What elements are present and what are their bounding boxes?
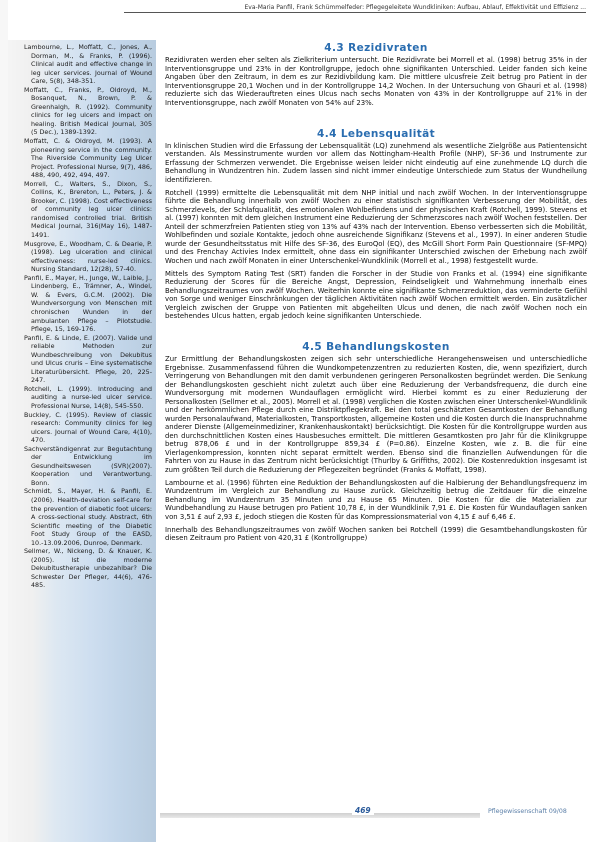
running-header: Eva-Maria Panfil, Frank Schümmelfeder: P… [124,4,586,13]
reference-item: Schmidt, S., Mayer, H. & Panfil, E. (200… [24,488,152,548]
journal-issue: Pflegewissenschaft 09/08 [488,808,567,815]
section-rezidivraten: 4.3 Rezidivraten Rezidivraten werden ehe… [165,42,587,107]
section-behandlungskosten: 4.5 Behandlungskosten Zur Ermittlung der… [165,341,587,543]
page-number: 469 [352,806,374,815]
paragraph: Zur Ermittlung der Behandlungskosten zei… [165,355,587,474]
reference-item: Moffatt, C., Franks, P., Oldroyd, M., Bo… [24,87,152,138]
reference-item: Panfil, E., Mayer, H., Junge, W., Laible… [24,275,152,335]
references-list: Lambourne, L., Moffatt, C., Jones, A., D… [24,44,152,591]
reference-item: Sachverständigenrat zur Begutachtung der… [24,446,152,489]
section-heading: 4.4 Lebensqualität [165,128,587,140]
page-margin [0,0,8,842]
paragraph: Rezidivraten werden eher selten als Ziel… [165,56,587,107]
main-text-column: 4.3 Rezidivraten Rezidivraten werden ehe… [165,42,587,547]
reference-item: Sellmer, W., Nickeng, D. & Knauer, K. (2… [24,548,152,591]
reference-item: Panfil, E. & Linde, E. (2007). Valide un… [24,335,152,386]
section-heading: 4.3 Rezidivraten [165,42,587,54]
section-lebensqualitaet: 4.4 Lebensqualität In klinischen Studien… [165,128,587,321]
paragraph: In klinischen Studien wird die Erfassung… [165,142,587,185]
paragraph: Rotchell (1999) ermittelte die Lebensqua… [165,189,587,266]
reference-item: Morrell, C., Walters, S., Dixon, S., Col… [24,181,152,241]
reference-item: Musgrove, E., Woodham, C. & Dearie, P. (… [24,241,152,275]
footer-rule [160,813,480,818]
paragraph: Mittels des Symptom Rating Test (SRT) fa… [165,270,587,321]
reference-item: Rotchell, L. (1999). Introducing and aud… [24,386,152,412]
paragraph: Lambourne et al. (1996) führten eine Red… [165,479,587,522]
reference-item: Buckley, C. (1995). Review of classic re… [24,412,152,446]
section-heading: 4.5 Behandlungskosten [165,341,587,353]
paragraph: Innerhalb des Behandlungszeitraumes von … [165,526,587,543]
reference-item: Moffatt, C. & Oldroyd, M. (1993). A pion… [24,138,152,181]
reference-item: Lambourne, L., Moffatt, C., Jones, A., D… [24,44,152,87]
